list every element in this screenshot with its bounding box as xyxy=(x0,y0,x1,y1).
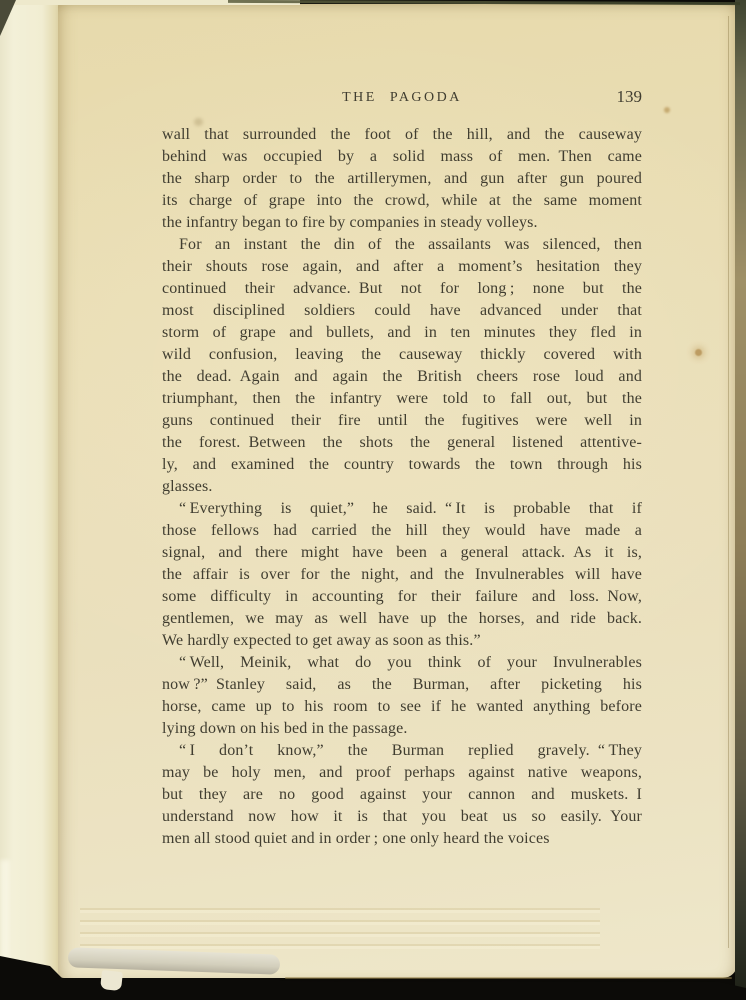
text-line: We hardly expected to get away as soon a… xyxy=(162,630,642,652)
text-line: wall that surrounded the foot of the hil… xyxy=(162,124,642,146)
text-line: the infantry began to fire by companies … xyxy=(162,212,642,234)
paragraph: “ Well, Meinik, what do you think of you… xyxy=(162,652,642,740)
text-line: but they are no good against your cannon… xyxy=(162,784,642,806)
text-line: glasses. xyxy=(162,476,642,498)
text-line: now ?” Stanley said, as the Burman, afte… xyxy=(162,674,642,696)
text-line: continued their advance. But not for lon… xyxy=(162,278,642,300)
text-line: gentlemen, we may as well have up the ho… xyxy=(162,608,642,630)
paragraph: For an instant the din of the assailants… xyxy=(162,234,642,498)
text-line: wild confusion, leaving the causeway thi… xyxy=(162,344,642,366)
page-text: wall that surrounded the foot of the hil… xyxy=(162,124,642,850)
running-title: THE PAGODA xyxy=(162,90,642,106)
text-line: men all stood quiet and in order ; one o… xyxy=(162,828,642,850)
foxing-spot xyxy=(695,349,702,356)
text-line: most disciplined soldiers could have adv… xyxy=(162,300,642,322)
text-line: For an instant the din of the assailants… xyxy=(162,234,642,256)
text-line: some difficulty in accounting for their … xyxy=(162,586,642,608)
book-page-edges-left xyxy=(0,0,60,1000)
text-line: the affair is over for the night, and th… xyxy=(162,564,642,586)
text-line: those fellows had carried the hill they … xyxy=(162,520,642,542)
text-line: ly, and examined the country towards the… xyxy=(162,454,642,476)
text-line: the dead. Again and again the British ch… xyxy=(162,366,642,388)
book-page: THE PAGODA 139 wall that surrounded the … xyxy=(58,4,737,978)
foxing-spot xyxy=(664,107,670,113)
book-photo: THE PAGODA 139 wall that surrounded the … xyxy=(0,0,746,1000)
text-line: guns continued their fire until the fugi… xyxy=(162,410,642,432)
text-line: behind was occupied by a solid mass of m… xyxy=(162,146,642,168)
page-bottom-edge xyxy=(285,977,732,979)
text-line: its charge of grape into the crowd, whil… xyxy=(162,190,642,212)
paragraph: “ Everything is quiet,” he said. “ It is… xyxy=(162,498,642,652)
text-line: “ I don’t know,” the Burman replied grav… xyxy=(162,740,642,762)
paragraph: “ I don’t know,” the Burman replied grav… xyxy=(162,740,642,850)
text-line: horse, came up to his room to see if he … xyxy=(162,696,642,718)
page-header: THE PAGODA 139 xyxy=(162,90,642,112)
paragraph: wall that surrounded the foot of the hil… xyxy=(162,124,642,234)
book-cover-edge-right xyxy=(735,0,746,1000)
page-corner xyxy=(100,970,123,991)
text-line: understand now how it is that you beat u… xyxy=(162,806,642,828)
text-line: signal, and there might have been a gene… xyxy=(162,542,642,564)
text-line: triumphant, then the infantry were told … xyxy=(162,388,642,410)
text-line: storm of grape and bullets, and in ten m… xyxy=(162,322,642,344)
text-line: the sharp order to the artillerymen, and… xyxy=(162,168,642,190)
book-page-edges-bottom xyxy=(80,904,600,950)
text-line: the forest. Between the shots the genera… xyxy=(162,432,642,454)
text-line: may be holy men, and proof perhaps again… xyxy=(162,762,642,784)
text-line: “ Well, Meinik, what do you think of you… xyxy=(162,652,642,674)
text-line: “ Everything is quiet,” he said. “ It is… xyxy=(162,498,642,520)
text-line: their shouts rose again, and after a mom… xyxy=(162,256,642,278)
text-line: lying down on his bed in the passage. xyxy=(162,718,642,740)
page-number: 139 xyxy=(617,87,643,107)
